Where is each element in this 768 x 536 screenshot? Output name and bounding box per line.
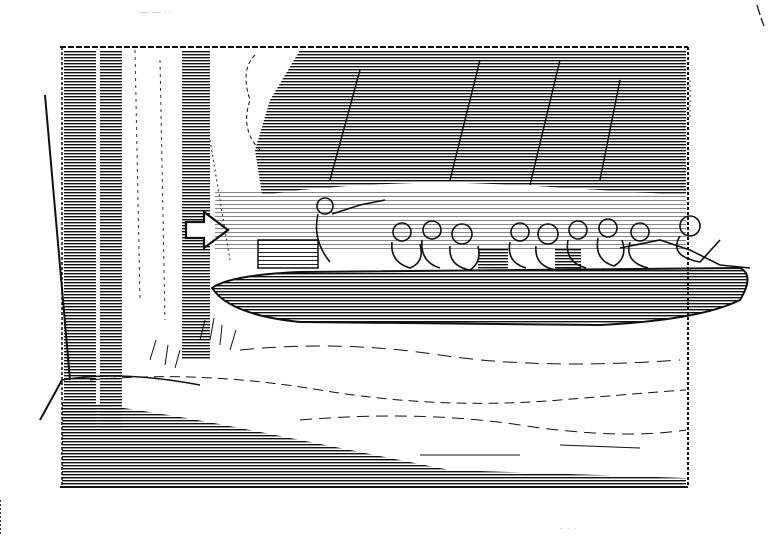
storyboard-sketch: [0, 0, 768, 536]
tree-trunks: [40, 50, 230, 430]
shore: [62, 376, 686, 487]
sketch-page: — — ·· · · ·: [0, 0, 768, 536]
cliff: [246, 50, 686, 195]
